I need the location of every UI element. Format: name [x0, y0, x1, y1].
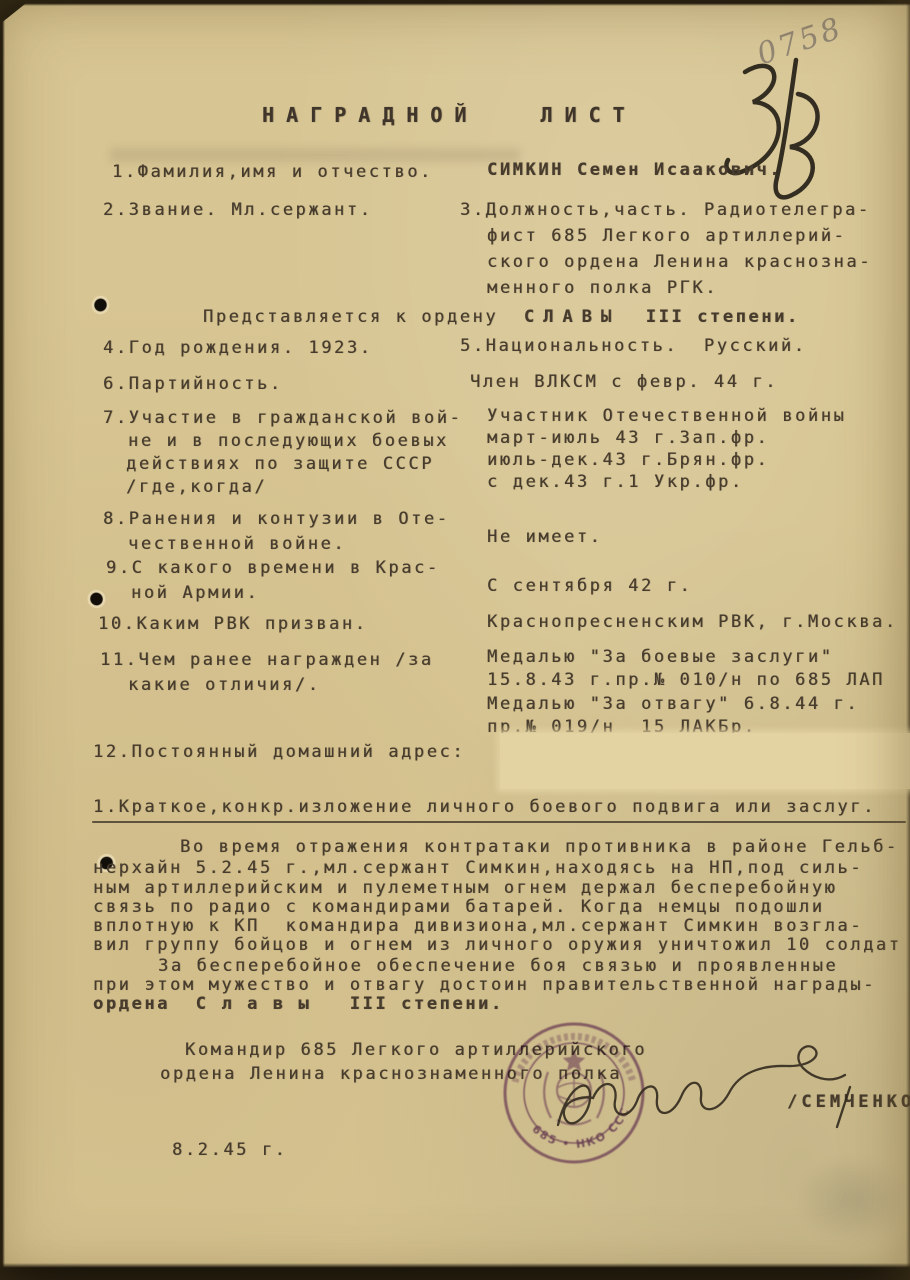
field-3-line4: менного полка РГК.	[487, 280, 718, 298]
field-7-value-line1: Участник Отечественной войны	[487, 408, 846, 426]
field-3-line2: фист 685 Легкого артиллерий-	[487, 228, 846, 246]
field-7-label-line2: не и в последующих боевых	[128, 433, 449, 451]
field-9-label-line2: ной Армии.	[131, 585, 259, 603]
document-date: 8.2.45 г.	[172, 1142, 288, 1160]
field-9-label-line1: 9.С какого времени в Крас-	[106, 560, 440, 578]
ink-smudge	[110, 148, 520, 162]
paper-stain	[778, 1140, 910, 1260]
punch-hole	[85, 289, 116, 321]
field-9-value: С сентября 42 г.	[487, 578, 692, 596]
field-10-value: Краснопресненским РВК, г.Москва.	[487, 614, 898, 632]
field-11-label-line1: 11.Чем ранее награжден /за	[100, 652, 434, 670]
field-7-label-line4: /где,когда/	[126, 479, 267, 497]
punch-hole	[79, 581, 114, 616]
field-10-label: 10.Каким РВК призван.	[98, 616, 368, 634]
document-title: НАГРАДНОЙ ЛИСТ	[262, 103, 637, 127]
handwritten-signature	[540, 1035, 870, 1150]
field-11-value-line3: Медалью "За отвагу" 6.8.44 г.	[487, 696, 859, 714]
order-name: СЛАВЫ	[524, 307, 620, 327]
redacted-address-area	[500, 733, 910, 789]
field-8-label-line1: 8.Ранения и контузии в Оте-	[103, 511, 450, 529]
field-7-label-line1: 7.Участие в гражданской вой-	[103, 410, 462, 428]
field-2-label-value: 2.Звание. Мл.сержант.	[103, 202, 373, 220]
scan-edge-right	[906, 0, 910, 1280]
feat-text-line: Во время отражения контратаки противника…	[180, 839, 899, 857]
field-6-value: Член ВЛКСМ с февр. 44 г.	[470, 374, 778, 392]
award-prefix: Представляется к ордену	[203, 307, 524, 327]
feat-text-line: вплотную к КП командира дивизиона,мл.сер…	[93, 918, 863, 936]
feat-text-line: ным артиллерийским и пулеметным огнем де…	[93, 880, 837, 898]
field-8-label-line2: чественной войне.	[128, 536, 346, 554]
field-11-value-line2: 15.8.43 г.пр.№ 010/н по 685 ЛАП	[487, 672, 885, 690]
scan-edge-top	[0, 0, 910, 6]
field-4-label-value: 4.Год рождения. 1923.	[103, 340, 373, 358]
order-degree: III степени.	[620, 307, 800, 327]
field-11-label-line2: какие отличия/.	[128, 677, 321, 695]
feat-text-line: нерхайн 5.2.45 г.,мл.сержант Симкин,нахо…	[93, 860, 863, 878]
feat-text-line: ордена С л а в ы III степени.	[93, 996, 504, 1014]
field-7-value-line3: июль-дек.43 г.Брян.фр.	[487, 452, 769, 470]
field-12-label: 12.Постоянный домашний адрес:	[93, 744, 465, 762]
feat-text-line: связь по радио с командирами батарей. Ко…	[93, 899, 825, 917]
field-3-line3: ского ордена Ленина краснозна-	[487, 254, 872, 272]
field-3-line1: 3.Должность,часть. Радиотелегра-	[460, 202, 871, 220]
field-8-value: Не имеет.	[487, 529, 603, 547]
handwritten-registry-mark	[693, 42, 823, 212]
scan-edge-bottom	[0, 1263, 910, 1280]
feat-section-heading: 1.Краткое,конкр.изложение личного боевог…	[93, 799, 876, 817]
scan-corner-cut	[0, 0, 30, 24]
feat-text-line: при этом мужество и отвагу достоин прави…	[93, 977, 876, 995]
feat-text-line: За бесперебойное обеспечение боя связью …	[158, 958, 838, 976]
award-sheet-document: 0758 НАГРАДНОЙ ЛИСТ 1.Фамилия,имя и отче…	[0, 0, 910, 1280]
field-1-value: СИМКИН Семен Исаакович.	[487, 162, 782, 180]
award-presentation-line: Представляется к ордену СЛАВЫ III степен…	[203, 309, 800, 327]
field-7-value-line2: март-июль 43 г.Зап.фр.	[487, 430, 769, 448]
scan-edge-left	[0, 0, 5, 1280]
field-7-label-line3: действиях по защите СССР	[126, 456, 434, 474]
field-6-label: 6.Партийность.	[103, 376, 283, 394]
heading-underline	[92, 821, 906, 823]
feat-text-line: вил группу бойцов и огнем из личного ору…	[93, 937, 902, 955]
field-11-value-line1: Медалью "За боевые заслуги"	[487, 649, 834, 667]
field-1-label: 1.Фамилия,имя и отчество.	[112, 164, 433, 182]
field-7-value-line4: с дек.43 г.1 Укр.фр.	[487, 474, 744, 492]
field-5-label-value: 5.Национальность. Русский.	[460, 338, 807, 356]
